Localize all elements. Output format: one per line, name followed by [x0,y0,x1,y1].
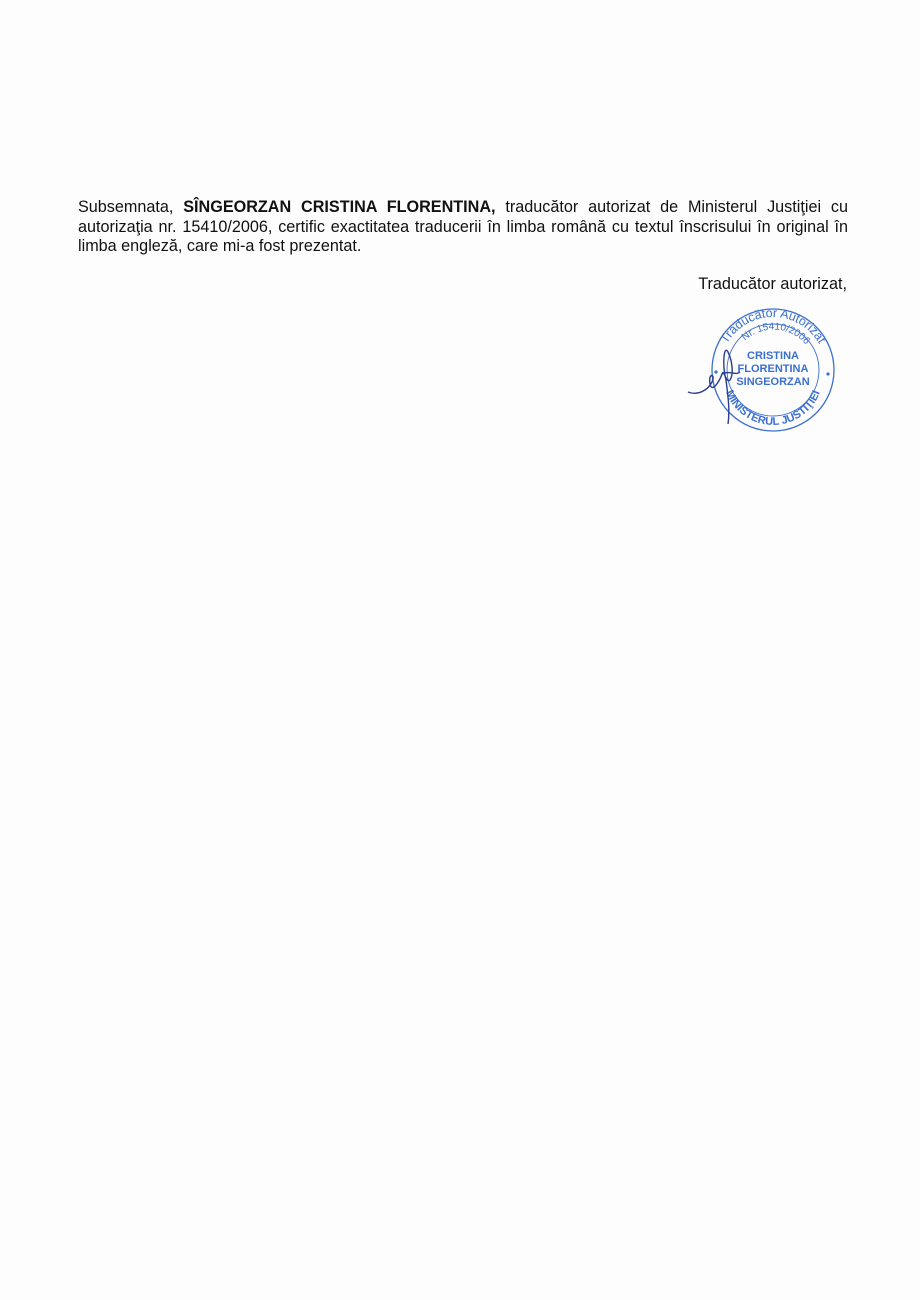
handwritten-signature [688,350,740,424]
certification-paragraph: Subsemnata, SÎNGEORZAN CRISTINA FLORENTI… [78,198,848,257]
translator-name: SÎNGEORZAN CRISTINA FLORENTINA, [183,198,495,216]
stamp-name-line-1: CRISTINA [747,350,799,362]
stamp-name-line-2: FLORENTINA [738,363,809,375]
stamp-bottom-arc: MINISTERUL JUSTIŢIEI [723,388,823,428]
intro-text: Subsemnata, [78,198,183,216]
translator-stamp: Traducător Autorizat Nr. 15410/2006 MINI… [686,300,846,440]
signoff-label: Traducător autorizat, [698,274,847,294]
stamp-name-line-3: SINGEORZAN [736,376,809,388]
